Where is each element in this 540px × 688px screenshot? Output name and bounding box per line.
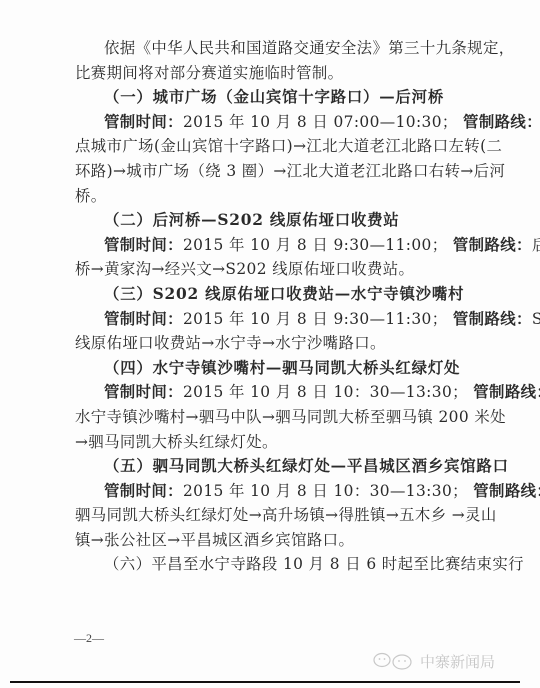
time-value: 2015 年 10 月 8 日 07:00—10:30； — [183, 113, 458, 131]
wechat-icon — [372, 650, 416, 672]
section-5-route-line: 镇→张公社区→平昌城区酒乡宾馆路口。 — [75, 528, 467, 553]
route-start: 后河 — [532, 236, 540, 254]
route-label: 管制路线： — [473, 482, 540, 500]
section-1-time: 管制时间：2015 年 10 月 8 日 07:00—10:30； 管制路线：起 — [75, 110, 467, 135]
section-4-time: 管制时间：2015 年 10 月 8 日 10：30—13:30； 管制路线： — [75, 380, 467, 405]
section-3-time: 管制时间：2015 年 10 月 8 日 9:30—11:30； 管制路线：S2… — [75, 307, 467, 332]
route-label: 管制路线： — [453, 236, 532, 254]
time-label: 管制时间： — [104, 113, 183, 131]
page-number: —2— — [74, 631, 104, 646]
section-5-route-line: 驷马同凯大桥头红绿灯处→高升场镇→得胜镇→五木乡 →灵山 — [75, 503, 467, 528]
section-1-heading: （一）城市广场（金山宾馆十字路口）—后河桥 — [75, 85, 467, 110]
section-2-heading: （二）后河桥—S202 线原佑垭口收费站 — [75, 208, 467, 233]
section-5-time: 管制时间：2015 年 10 月 8 日 10：30—13:30； 管制路线： — [75, 479, 467, 504]
time-value: 2015 年 10 月 8 日 10：30—13:30； — [183, 482, 468, 500]
watermark-text: 中寨新闻局 — [420, 651, 495, 672]
document-body: 依据《中华人民共和国道路交通安全法》第三十九条规定， 比赛期间将对部分赛道实施临… — [75, 36, 467, 577]
section-5-heading: （五）驷马同凯大桥头红绿灯处—平昌城区酒乡宾馆路口 — [75, 454, 467, 479]
section-4-route-line: 水宁寺镇沙嘴村→驷马中队→驷马同凯大桥至驷马镇 200 米处 — [75, 405, 467, 430]
route-start: S202 — [532, 310, 540, 328]
intro-line-2: 比赛期间将对部分赛道实施临时管制。 — [75, 61, 467, 86]
section-1-route-line: 点城市广场(金山宾馆十字路口)→江北大道老江北路口左转(二 — [75, 134, 467, 159]
section-2-route-line: 桥→黄家沟→经兴文→S202 线原佑垭口收费站。 — [75, 257, 467, 282]
time-label: 管制时间： — [104, 310, 183, 328]
document-page: 依据《中华人民共和国道路交通安全法》第三十九条规定， 比赛期间将对部分赛道实施临… — [0, 0, 540, 688]
section-3-route-line: 线原佑垭口收费站→水宁寺→水宁沙嘴路口。 — [75, 331, 467, 356]
route-label: 管制路线： — [453, 310, 532, 328]
time-value: 2015 年 10 月 8 日 9:30—11:30； — [183, 310, 448, 328]
time-label: 管制时间： — [104, 236, 183, 254]
section-2-time: 管制时间：2015 年 10 月 8 日 9:30—11:00； 管制路线：后河 — [75, 233, 467, 258]
section-4-route-line: →驷马同凯大桥头红绿灯处。 — [75, 430, 467, 455]
section-4-heading: （四）水宁寺镇沙嘴村—驷马同凯大桥头红绿灯处 — [75, 356, 467, 381]
time-label: 管制时间： — [104, 482, 183, 500]
watermark: 中寨新闻局 — [372, 650, 495, 672]
time-label: 管制时间： — [104, 383, 183, 401]
section-1-route-line: 桥。 — [75, 184, 467, 209]
intro-line-1: 依据《中华人民共和国道路交通安全法》第三十九条规定， — [75, 36, 467, 61]
time-value: 2015 年 10 月 8 日 10：30—13:30； — [183, 383, 468, 401]
section-6-text: （六）平昌至水宁寺路段 10 月 8 日 6 时起至比赛结束实行 — [75, 552, 467, 577]
time-value: 2015 年 10 月 8 日 9:30—11:00； — [183, 236, 448, 254]
bottom-rule — [10, 681, 520, 683]
section-1-route-line: 环路)→城市广场（绕 3 圈）→江北大道老江北路口右转→后河 — [75, 159, 467, 184]
route-label: 管制路线： — [463, 113, 540, 131]
section-3-heading: （三）S202 线原佑垭口收费站—水宁寺镇沙嘴村 — [75, 282, 467, 307]
route-label: 管制路线： — [473, 383, 540, 401]
